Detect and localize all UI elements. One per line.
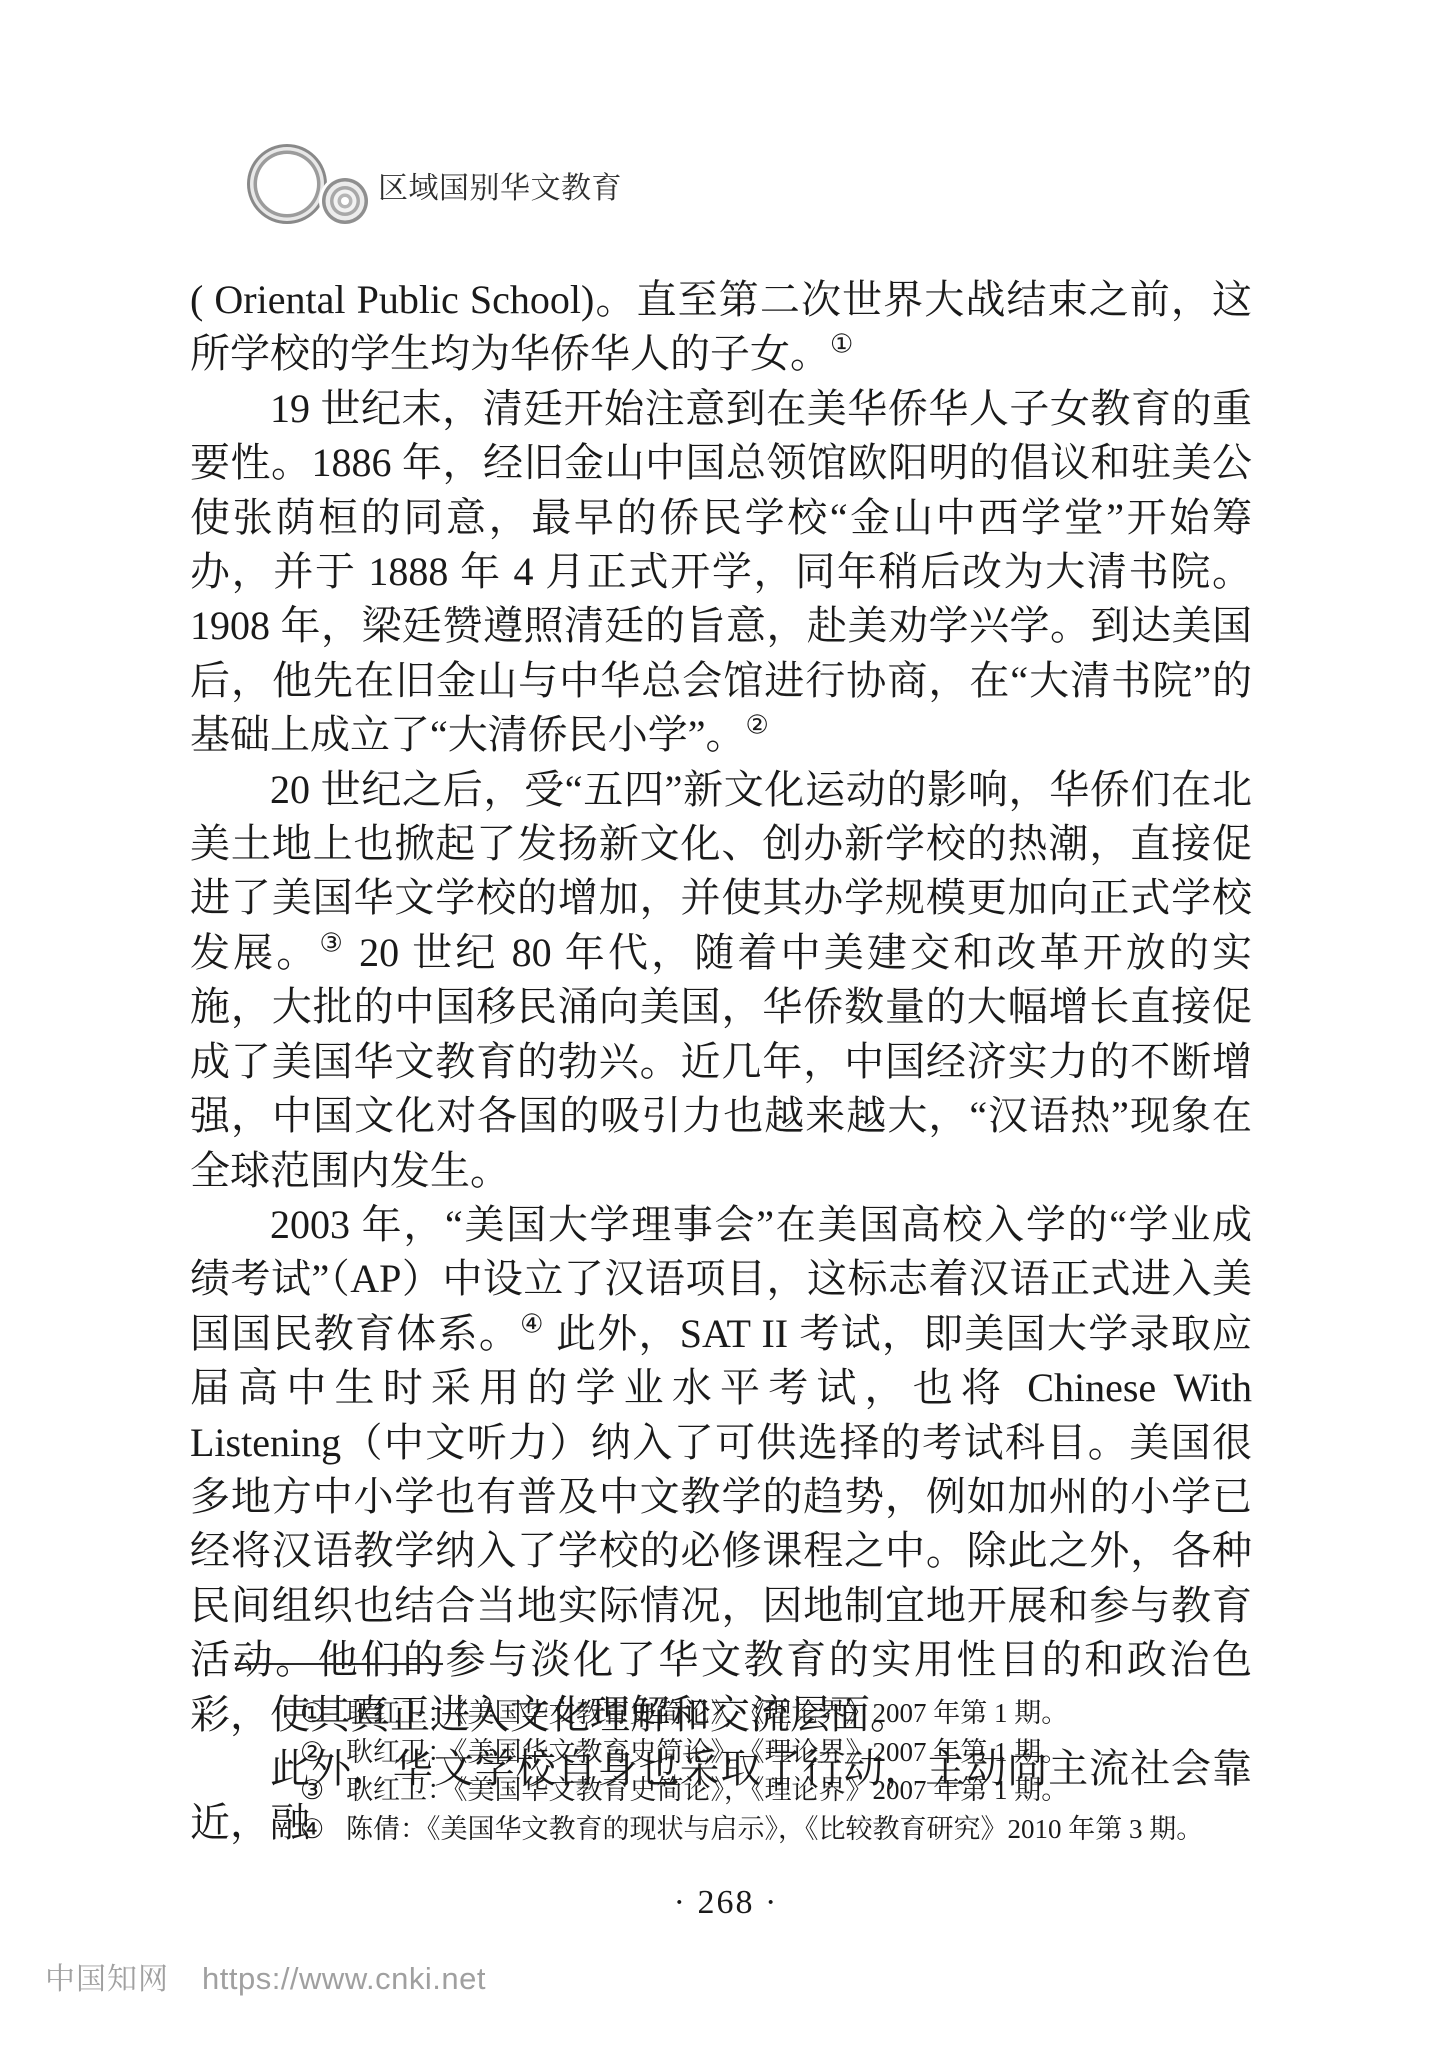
cnki-site-name: 中国知网 [45,1954,169,1998]
footnote-marker: ③ [300,1771,346,1810]
paragraph-3-text-b: 20 世纪 80 年代，随着中美建交和改革开放的实施，大批的中国移民涌向美国，华… [190,930,1252,1193]
footnote-ref-4: ④ [520,1309,545,1338]
paragraph-3: 20 世纪之后，受“五四”新文化运动的影响，华侨们在北美土地上也掀起了发扬新文化… [190,763,1252,1198]
footnote-marker: ① [300,1694,346,1733]
page-title: 区域国别华文教育 [378,163,622,207]
paragraph-4: 2003 年，“美国大学理事会”在美国高校入学的“学业成绩考试”（AP）中设立了… [190,1198,1252,1742]
footnote-item-1: ①耿红卫：《美国华文教育史简论》，《理论界》2007 年第 1 期。 [300,1694,1280,1733]
paragraph-4-text-b: 此外，SAT II 考试，即美国大学录取应届高中生时采用的学业水平考试，也将 C… [190,1311,1252,1737]
footnote-marker: ④ [300,1810,346,1849]
footnote-marker: ② [300,1733,346,1772]
footnote-text: 陈倩：《美国华文教育的现状与启示》，《比较教育研究》2010 年第 3 期。 [346,1814,1203,1844]
cnki-watermark: 中国知网 https://www.cnki.net [45,1954,486,1998]
paragraph-2-text: 19 世纪末，清廷开始注意到在美华侨华人子女教育的重要性。1886 年，经旧金山… [190,386,1252,757]
footnote-ref-1: ① [830,330,853,359]
body-text: ( Oriental Public School)。直至第二次世界大战结束之前，… [190,273,1252,1851]
footnote-item-4: ④陈倩：《美国华文教育的现状与启示》，《比较教育研究》2010 年第 3 期。 [300,1810,1280,1849]
paragraph-2: 19 世纪末，清廷开始注意到在美华侨华人子女教育的重要性。1886 年，经旧金山… [190,382,1252,763]
footnote-ref-3: ③ [319,929,345,958]
footnote-item-2: ②耿红卫：《美国华文教育史简论》，《理论界》2007 年第 1 期。 [300,1733,1280,1772]
footnotes: ①耿红卫：《美国华文教育史简论》，《理论界》2007 年第 1 期。 ②耿红卫：… [300,1694,1280,1848]
footnote-text: 耿红卫：《美国华文教育史简论》，《理论界》2007 年第 1 期。 [346,1775,1068,1805]
footnote-ref-2: ② [746,711,769,740]
cnki-url: https://www.cnki.net [202,1961,486,1997]
paragraph-1-text: ( Oriental Public School)。直至第二次世界大战结束之前，… [190,277,1252,376]
book-page: 区域国别华文教育 ( Oriental Public School)。直至第二次… [0,0,1452,2051]
footnote-text: 耿红卫：《美国华文教育史简论》，《理论界》2007 年第 1 期。 [346,1737,1068,1767]
paragraph-1: ( Oriental Public School)。直至第二次世界大战结束之前，… [190,273,1252,382]
footnote-item-3: ③耿红卫：《美国华文教育史简论》，《理论界》2007 年第 1 期。 [300,1771,1280,1810]
rings-logo-icon [245,136,375,232]
footnote-text: 耿红卫：《美国华文教育史简论》，《理论界》2007 年第 1 期。 [346,1698,1068,1728]
page-number: · 268 · [0,1884,1452,1922]
footnote-divider [235,1663,443,1665]
